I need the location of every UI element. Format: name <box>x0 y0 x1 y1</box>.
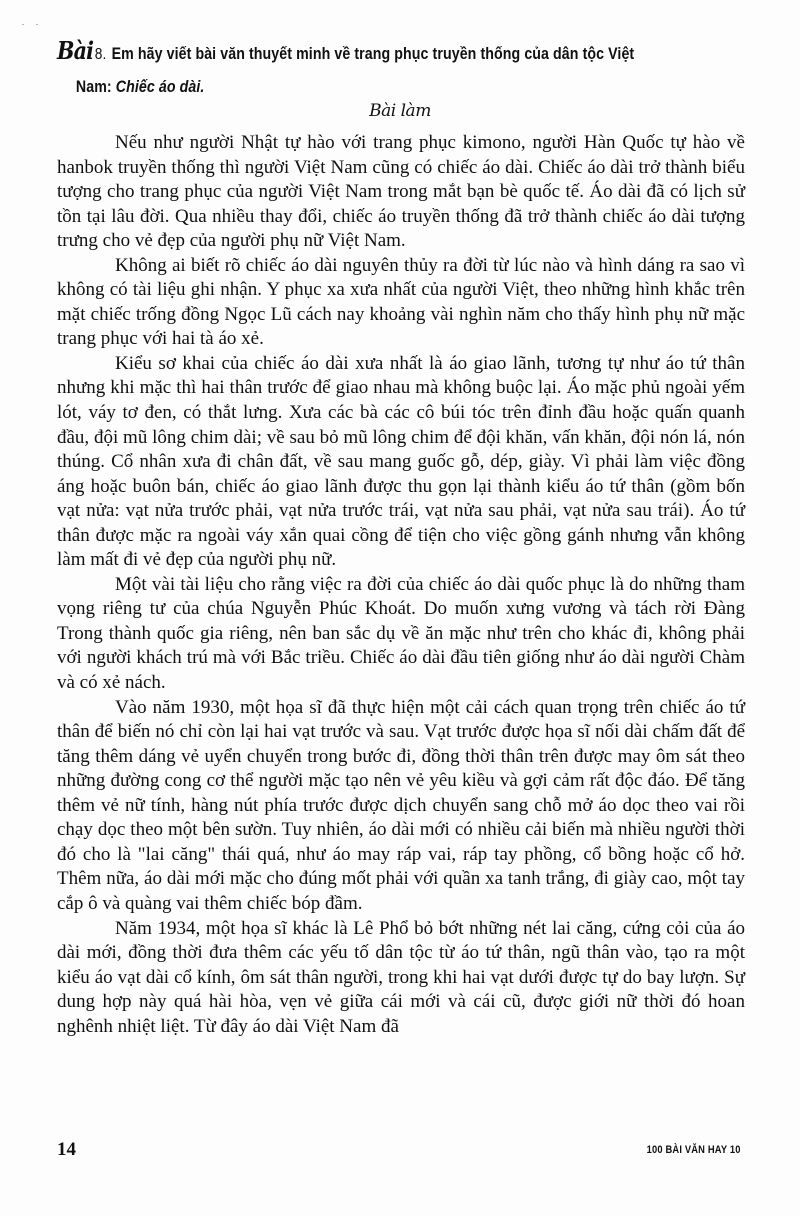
paragraph: Vào năm 1930, một họa sĩ đã thực hiện mộ… <box>57 696 745 917</box>
scan-speck <box>22 24 24 25</box>
essay-body: Nếu như người Nhật tự hào với trang phục… <box>57 131 745 1039</box>
exercise-lead: Bài <box>57 36 93 65</box>
paragraph: Nếu như người Nhật tự hào với trang phục… <box>57 131 745 254</box>
section-heading: Bài làm <box>0 101 800 121</box>
scan-speck <box>36 24 38 25</box>
exercise-number: 8. <box>95 46 107 63</box>
paragraph: Một vài tài liệu cho rằng việc ra đời củ… <box>57 573 745 696</box>
document-page: Bài8.Em hãy viết bài văn thuyết minh về … <box>0 0 800 1216</box>
exercise-topic: Chiếc áo dài. <box>116 78 205 96</box>
paragraph: Kiểu sơ khai của chiếc áo dài xưa nhất l… <box>57 352 745 573</box>
exercise-prompt-line1: Em hãy viết bài văn thuyết minh về trang… <box>112 45 635 63</box>
exercise-prompt: Bài8.Em hãy viết bài văn thuyết minh về … <box>57 34 754 104</box>
page-number: 14 <box>57 1139 76 1161</box>
paragraph: Năm 1934, một họa sĩ khác là Lê Phổ bỏ b… <box>57 917 745 1040</box>
page-footer: 14 100 BÀI VĂN HAY 10 <box>57 1139 745 1163</box>
exercise-prompt-prefix: Nam: <box>76 78 116 96</box>
paragraph: Không ai biết rõ chiếc áo dài nguyên thủ… <box>57 254 745 352</box>
book-title: 100 BÀI VĂN HAY 10 <box>647 1144 741 1156</box>
exercise-prompt-line2: Nam: Chiếc áo dài. <box>57 71 754 104</box>
